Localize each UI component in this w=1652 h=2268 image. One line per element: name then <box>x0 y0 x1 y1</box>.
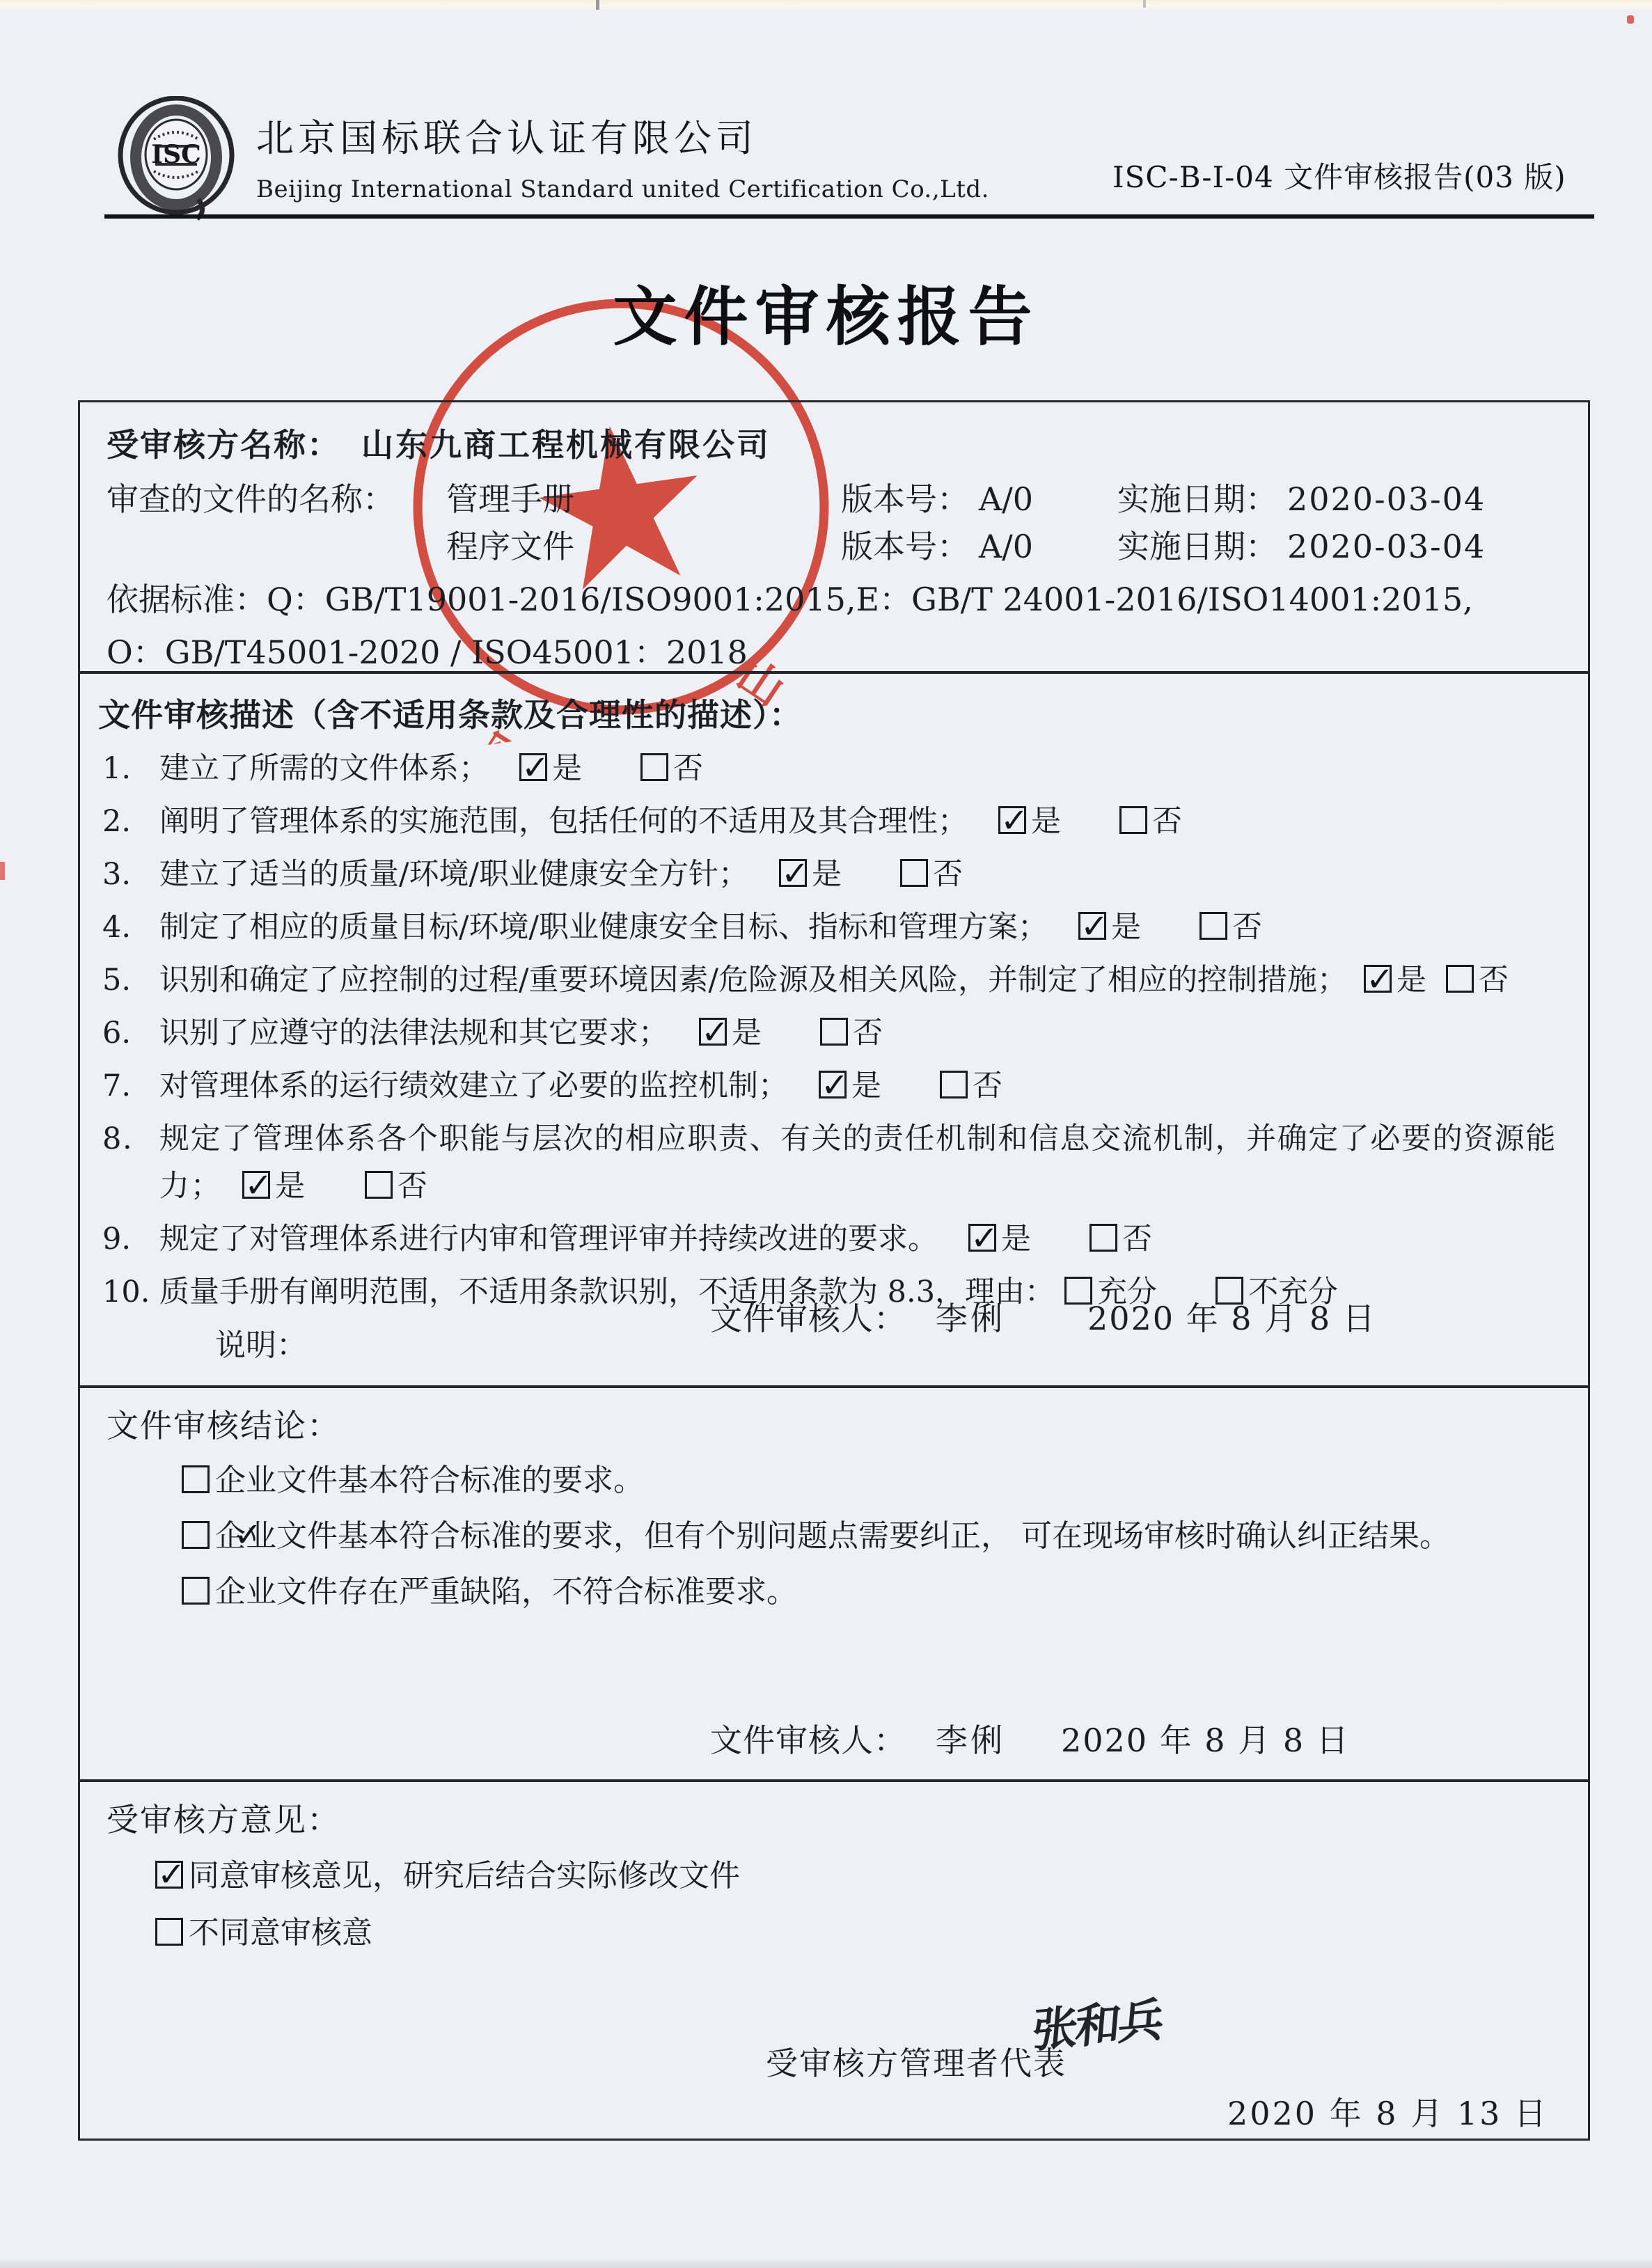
no-label: 否 <box>933 857 963 892</box>
standards-line2: O：GB/T45001-2020 / ISO45001：2018 <box>107 633 748 671</box>
no-label: 否 <box>398 1169 429 1204</box>
standards-label: 依据标准： <box>107 581 267 618</box>
handwritten-signature: 张和兵 <box>1030 1982 1165 2060</box>
checkbox-conclusion-2[interactable] <box>182 1521 210 1549</box>
item-text: 建立了适当的质量/环境/职业健康安全方针； <box>159 857 748 892</box>
version-label: 版本号： <box>841 528 969 565</box>
scan-artifact <box>1627 15 1634 24</box>
reviewer-signature-line: 文件审核人：李俐2020 年 8 月 8 日 <box>710 1715 1350 1761</box>
checkbox-5-yes[interactable] <box>1364 965 1392 993</box>
version-value: A/0 <box>979 528 1033 565</box>
checkbox-8-yes[interactable] <box>242 1171 270 1199</box>
conclusion-option: 企业文件存在严重缺陷，不符合标准要求。 <box>132 1569 1574 1615</box>
no-label: 否 <box>1122 1222 1152 1257</box>
header-divider <box>104 214 1594 219</box>
checkbox-9-yes[interactable] <box>968 1224 996 1252</box>
option-text: 企业文件基本符合标准的要求。 <box>215 1463 644 1498</box>
reviewer-label: 文件审核人： <box>710 1300 906 1337</box>
checkbox-2-yes[interactable] <box>998 806 1026 834</box>
review-date: 2020 年 8 月 8 日 <box>1061 1722 1350 1759</box>
scan-artifact <box>0 862 5 880</box>
conclusion-option: 企业文件基本符合标准的要求，但有个别问题点需要纠正， 可在现场审核时确认纠正结果… <box>132 1513 1574 1559</box>
scan-artifact <box>1143 0 1146 8</box>
no-label: 否 <box>853 1016 883 1050</box>
no-label: 否 <box>1479 963 1509 998</box>
option-text: 不同意审核意 <box>189 1915 372 1951</box>
opinion-date: 2020 年 8 月 13 日 <box>1227 2088 1548 2134</box>
logo-text: ISC <box>151 140 201 169</box>
checklist-item: 9.规定了对管理体系进行内审和管理评审并持续改进的要求。是否 <box>98 1215 1574 1263</box>
item-text: 识别了应遵守的法律法规和其它要求； <box>159 1016 668 1050</box>
checklist: 1.建立了所需的文件体系；是否 2.阐明了管理体系的实施范围，包括任何的不适用及… <box>98 745 1574 1316</box>
yes-label: 是 <box>1001 1222 1031 1257</box>
date-label: 实施日期： <box>1117 480 1277 518</box>
yes-label: 是 <box>732 1016 762 1050</box>
auditee-row: 受审核方名称：山东九商工程机械有限公司 <box>107 425 1574 465</box>
checkbox-9-no[interactable] <box>1089 1224 1117 1252</box>
item-text: 制定了相应的质量目标/环境/职业健康安全目标、指标和管理方案； <box>159 910 1048 945</box>
checklist-item: 1.建立了所需的文件体系；是否 <box>98 745 1574 792</box>
version-value: A/0 <box>979 480 1033 518</box>
standards-line1: Q：GB/T19001-2016/ISO9001:2015,E：GB/T 240… <box>267 581 1473 618</box>
checkbox-2-no[interactable] <box>1119 806 1147 834</box>
checkbox-disagree[interactable] <box>155 1918 183 1946</box>
yes-label: 是 <box>812 857 842 892</box>
yes-label: 是 <box>1111 910 1141 945</box>
checkbox-3-no[interactable] <box>900 859 928 887</box>
docs-label: 审查的文件的名称： <box>107 480 395 518</box>
scan-artifact <box>0 2258 1652 2268</box>
yes-label: 是 <box>275 1169 306 1204</box>
checkbox-conclusion-3[interactable] <box>182 1577 210 1605</box>
yes-label: 是 <box>1397 963 1426 998</box>
section-heading: 受审核方意见： <box>107 1797 1574 1842</box>
section-review-conclusion: 文件审核结论： 企业文件基本符合标准的要求。 企业文件基本符合标准的要求，但有个… <box>78 1386 1590 1781</box>
section-heading: 文件审核结论： <box>107 1403 1574 1448</box>
conclusion-option: 企业文件基本符合标准的要求。 <box>132 1458 1574 1504</box>
standards-row: 依据标准：Q：GB/T19001-2016/ISO9001:2015,E：GB/… <box>107 579 1574 620</box>
isc-logo-icon: ISC <box>115 96 240 221</box>
reviewer-label: 文件审核人： <box>710 1722 906 1759</box>
date-label: 实施日期： <box>1117 528 1277 565</box>
checkbox-7-yes[interactable] <box>819 1071 847 1098</box>
checkbox-conclusion-1[interactable] <box>182 1465 210 1493</box>
checklist-item: 2.阐明了管理体系的实施范围，包括任何的不适用及其合理性；是否 <box>98 798 1574 845</box>
checklist-item: 6.识别了应遵守的法律法规和其它要求；是否 <box>98 1009 1574 1057</box>
date-value: 2020-03-04 <box>1287 528 1486 565</box>
reviewer-name: 李俐 <box>936 1300 1005 1337</box>
issuer-name-en: Beijing International Standard united Ce… <box>256 175 989 203</box>
checklist-item: 8.规定了管理体系各个职能与层次的相应职责、有关的责任机制和信息交流机制，并确定… <box>98 1115 1574 1210</box>
date-value: 2020-03-04 <box>1287 480 1486 518</box>
section-heading: 文件审核描述（含不适用条款及合理性的描述）： <box>98 692 1574 738</box>
checklist-item: 4.制定了相应的质量目标/环境/职业健康安全目标、指标和管理方案；是否 <box>98 904 1574 951</box>
checkbox-6-yes[interactable] <box>699 1018 727 1046</box>
checklist-item: 5.识别和确定了应控制的过程/重要环境因素/危险源及相关风险，并制定了相应的控制… <box>98 956 1574 1004</box>
no-label: 否 <box>1232 910 1262 945</box>
document-page: ISC 北京国标联合认证有限公司 Beijing International S… <box>0 0 1652 2268</box>
item-text: 阐明了管理体系的实施范围，包括任何的不适用及其合理性； <box>159 804 968 839</box>
issuer-name-cn: 北京国标联合认证有限公司 <box>256 109 757 162</box>
yes-label: 是 <box>851 1069 881 1103</box>
checkbox-8-no[interactable] <box>365 1171 393 1199</box>
checkbox-5-no[interactable] <box>1446 965 1474 993</box>
auditee-name: 山东九商工程机械有限公司 <box>361 426 771 464</box>
checkbox-3-yes[interactable] <box>779 859 807 887</box>
doc-name: 程序文件 <box>446 526 574 567</box>
option-text: 同意审核意见，研究后结合实际修改文件 <box>189 1858 740 1893</box>
no-label: 否 <box>1152 804 1182 839</box>
yes-label: 是 <box>552 751 582 786</box>
management-rep-label: 受审核方管理者代表 <box>766 2038 1067 2084</box>
reviewer-name: 李俐 <box>936 1722 1005 1759</box>
checkbox-1-no[interactable] <box>640 753 668 781</box>
no-label: 否 <box>673 751 703 786</box>
checklist-item: 7.对管理体系的运行绩效建立了必要的监控机制；是否 <box>98 1062 1574 1110</box>
reviewer-signature-line: 文件审核人：李俐2020 年 8 月 8 日 <box>710 1293 1376 1339</box>
opinion-option: 同意审核意见，研究后结合实际修改文件 <box>155 1853 1574 1899</box>
item-text: 识别和确定了应控制的过程/重要环境因素/危险源及相关风险，并制定了相应的控制措施… <box>159 963 1347 998</box>
no-label: 否 <box>973 1069 1002 1103</box>
form-code: ISC-B-I-04 文件审核报告(03 版) <box>1112 155 1566 196</box>
scan-artifact <box>596 0 599 10</box>
item-text: 规定了对管理体系进行内审和管理评审并持续改进的要求。 <box>159 1222 938 1257</box>
checkbox-1-yes[interactable] <box>519 753 547 781</box>
checkbox-7-no[interactable] <box>940 1071 968 1098</box>
document-row: 审查的文件的名称： 管理手册 版本号：A/0 实施日期：2020-03-04 <box>107 479 1574 519</box>
checkbox-4-no[interactable] <box>1199 912 1227 940</box>
checkbox-agree[interactable] <box>155 1861 183 1889</box>
item-text: 对管理体系的运行绩效建立了必要的监控机制； <box>159 1069 788 1103</box>
review-date: 2020 年 8 月 8 日 <box>1087 1300 1376 1337</box>
item-text: 建立了所需的文件体系； <box>159 751 489 786</box>
section-auditee-opinion: 受审核方意见： 同意审核意见，研究后结合实际修改文件 不同意审核意 受审核方管理… <box>78 1780 1590 2141</box>
opinion-option: 不同意审核意 <box>155 1910 1574 1956</box>
yes-label: 是 <box>1031 804 1061 839</box>
scan-artifact <box>0 0 1652 11</box>
section-audited-info: 受审核方名称：山东九商工程机械有限公司 审查的文件的名称： 管理手册 版本号：A… <box>78 400 1590 673</box>
checklist-item: 3.建立了适当的质量/环境/职业健康安全方针；是否 <box>98 851 1574 898</box>
section-review-description: 文件审核描述（含不适用条款及合理性的描述）： 1.建立了所需的文件体系；是否 2… <box>78 672 1590 1387</box>
page-title: 文件审核报告 <box>0 266 1652 358</box>
checkbox-6-no[interactable] <box>820 1018 848 1046</box>
checkbox-4-yes[interactable] <box>1078 912 1106 940</box>
option-text: 企业文件基本符合标准的要求，但有个别问题点需要纠正， 可在现场审核时确认纠正结果… <box>215 1518 1450 1554</box>
option-text: 企业文件存在严重缺陷，不符合标准要求。 <box>215 1574 797 1609</box>
standards-row: O：GB/T45001-2020 / ISO45001：2018 <box>107 632 1574 672</box>
doc-name: 管理手册 <box>446 479 574 519</box>
auditee-label: 受审核方名称： <box>107 426 340 464</box>
version-label: 版本号： <box>841 480 969 518</box>
